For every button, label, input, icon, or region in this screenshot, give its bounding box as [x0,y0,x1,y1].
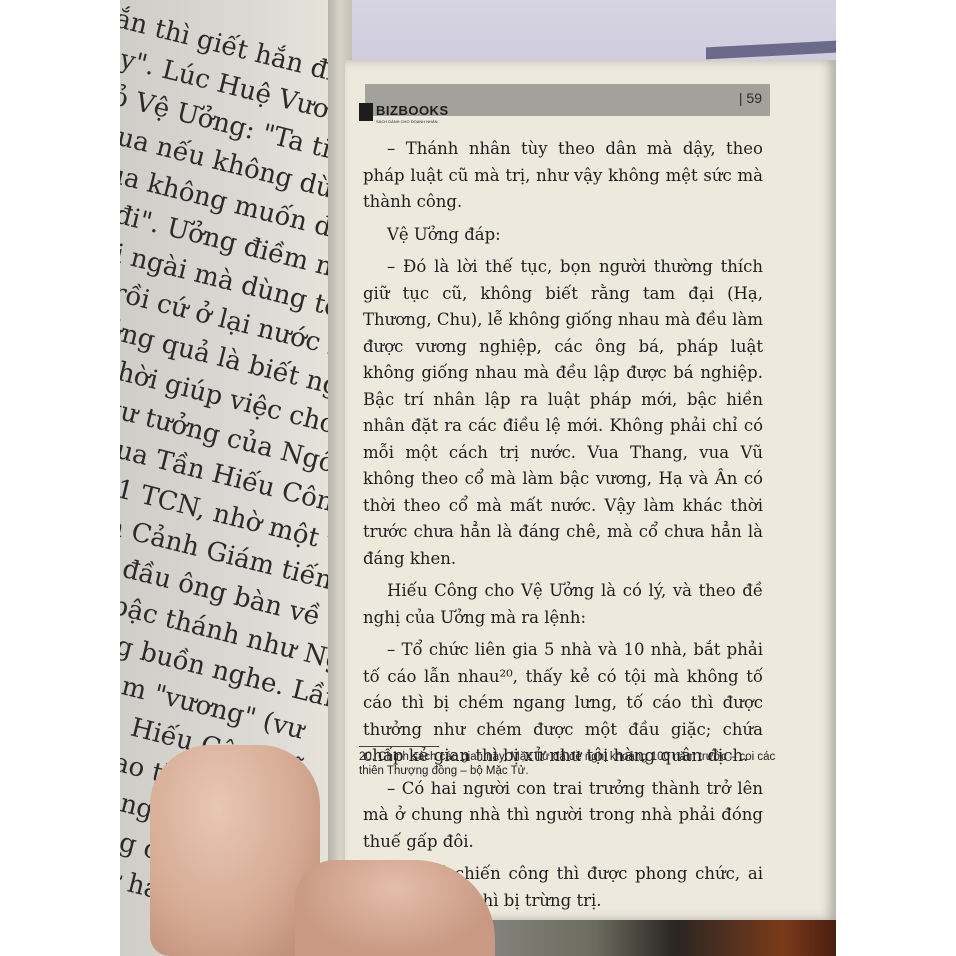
book-photo: g hắn thì giết hắn đi, đừng Ngụy". Lúc H… [120,0,836,956]
brand-tagline: SÁCH DÀNH CHO DOANH NHÂN [376,119,449,124]
background-line [706,41,836,60]
footnote: 20. Chính sách cáo gian này, Mặc Tử đã đ… [359,750,779,778]
bizbooks-logo-icon [359,103,373,121]
brand-logo: BIZBOOKS SÁCH DÀNH CHO DOANH NHÂN [359,100,449,124]
page-number: | 59 [739,90,762,106]
right-page: | 59 BIZBOOKS SÁCH DÀNH CHO DOANH NHÂN –… [345,60,836,920]
brand-name: BIZBOOKS [376,103,449,118]
paragraph: – Thánh nhân tùy theo dân mà dậy, theo p… [363,136,763,216]
footnote-divider [359,746,439,747]
paragraph: Hiếu Công cho Vệ Ưởng là có lý, và theo … [363,578,763,631]
paragraph: Vệ Ưởng đáp: [363,222,763,249]
paragraph: – Đó là lời thế tục, bọn người thường th… [363,254,763,572]
paragraph: – Có hai người con trai trưởng thành trở… [363,776,763,856]
page-body: – Thánh nhân tùy theo dân mà dậy, theo p… [363,136,763,920]
